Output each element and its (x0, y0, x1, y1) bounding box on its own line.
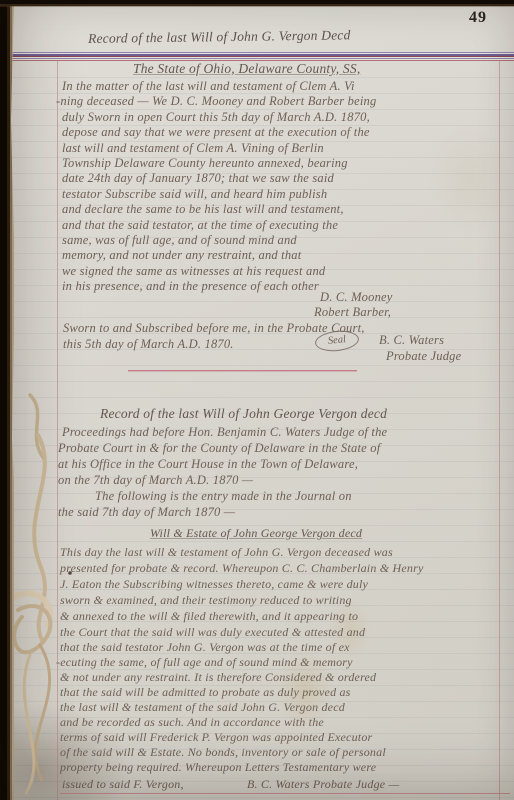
manuscript-line: in his presence, and in the presence of … (62, 280, 319, 293)
page-number: 49 (469, 10, 487, 26)
manuscript-line: sworn & examined, and their testimony re… (60, 594, 352, 606)
manuscript-line: Township Delaware County hereunto annexe… (62, 157, 348, 170)
jurat-line: this 5th day of March A.D. 1870. (63, 338, 234, 351)
closing-line-left: issued to said F. Vergon, (62, 778, 184, 790)
manuscript-line: terms of said will Frederick P. Vergon w… (60, 731, 372, 743)
manuscript-line: Probate Court in & for the County of Del… (58, 442, 380, 455)
manuscript-line: same, was of full age, and of sound mind… (62, 234, 297, 247)
section-heading: Record of the last Will of John George V… (100, 407, 387, 421)
witness-signature: Robert Barber, (314, 306, 391, 319)
manuscript-line: testator Subscribe said will, and heard … (62, 188, 327, 201)
manuscript-line: the said 7th day of March 1870 — (58, 506, 235, 519)
manuscript-line: & not under any restraint. It is therefo… (60, 671, 376, 683)
manuscript-line: and declare the same to be his last will… (62, 203, 344, 216)
right-margin-rule (499, 60, 500, 800)
manuscript-line: date 24th day of January 1870; that we s… (62, 172, 334, 185)
judge-title: Probate Judge (386, 350, 461, 363)
manuscript-line: The following is the entry made in the J… (95, 490, 352, 503)
manuscript-line: that the said testator John G. Vergon wa… (60, 641, 350, 653)
ledger-page-photo: 49 Record of the last Will of John G. Ve… (0, 0, 514, 800)
manuscript-line: In the matter of the last will and testa… (62, 80, 355, 93)
manuscript-line: -ning deceased — We D. C. Mooney and Rob… (56, 95, 376, 108)
manuscript-line: the last will & testament of the said Jo… (60, 701, 345, 713)
manuscript-line: memory, and not under any restraint, and… (62, 249, 301, 262)
manuscript-line: Proceedings had before Hon. Benjamin C. … (62, 426, 387, 439)
manuscript-line: property being required. Whereupon Lette… (60, 761, 376, 773)
judge-signature: B. C. Waters (379, 334, 444, 347)
manuscript-line: on the 7th day of March A.D. 1870 — (58, 474, 253, 487)
manuscript-line: J. Eaton the Subscribing witnesses there… (60, 578, 368, 590)
manuscript-line: duly Sworn in open Court this 5th day of… (62, 111, 370, 124)
section-divider-rule (128, 370, 357, 372)
photo-edge-top (0, 0, 514, 7)
manuscript-line: at his Office in the Court House in the … (58, 458, 358, 471)
section-heading: The State of Ohio, Delaware County, SS, (133, 62, 360, 76)
manuscript-line: of the said will & Estate. No bonds, inv… (60, 746, 386, 758)
witness-signature: D. C. Mooney (320, 291, 393, 304)
manuscript-line: -ecuting the same, of full age and of so… (56, 656, 353, 668)
manuscript-line: presented for probate & record. Whereupo… (60, 562, 423, 574)
manuscript-line: last will and testament of Clem A. Vinin… (62, 142, 324, 155)
seal-label: Seal (327, 335, 346, 347)
manuscript-line: and that the said testator, at the time … (62, 219, 338, 232)
jurat-line: Sworn to and Subscribed before me, in th… (63, 322, 365, 335)
section-heading: Will & Estate of John George Vergon decd (150, 527, 362, 539)
manuscript-line: that the said will be admitted to probat… (60, 686, 351, 698)
left-margin-rule (57, 60, 58, 800)
manuscript-line: we signed the same as witnesses at his r… (62, 265, 325, 278)
manuscript-line: the Court that the said will was duly ex… (60, 626, 365, 638)
manuscript-line: This day the last will & testament of Jo… (60, 546, 393, 558)
bottom-rule (60, 793, 510, 794)
manuscript-line: & annexed to the will & filed therewith,… (60, 610, 358, 622)
manuscript-line: and be recorded as such. And in accordan… (60, 716, 324, 728)
manuscript-line: depose and say that we were present at t… (62, 126, 370, 139)
closing-line-right: B. C. Waters Probate Judge — (247, 778, 399, 790)
